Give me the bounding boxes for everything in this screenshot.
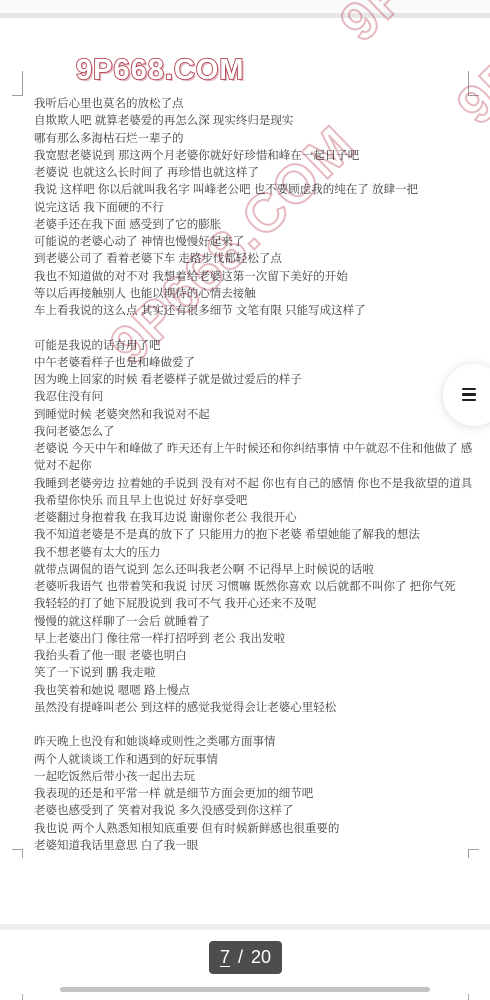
text-line: 因为晚上回家的时候 看老婆样子就是做过爱后的样子 bbox=[34, 372, 482, 389]
text-line: 我听后心里也莫名的放松了点 bbox=[34, 96, 482, 113]
text-line: 觉对不起你 bbox=[34, 458, 482, 475]
text-line: 我希望你快乐 而且早上也说过 好好享受吧 bbox=[34, 493, 482, 510]
text-line: 我也笑着和她说 嗯嗯 路上慢点 bbox=[34, 683, 482, 700]
page-separator-slash: / bbox=[238, 947, 243, 967]
text-line: 老婆说 今天中午和峰做了 昨天还有上午时候还和你纠结事情 中午就忍不住和他做了 … bbox=[34, 441, 482, 458]
text-line: 说完这话 我下面硬的不行 bbox=[34, 200, 482, 217]
text-line: 老婆知道我话里意思 白了我一眼 bbox=[34, 838, 482, 855]
text-line: 我睡到老婆旁边 拉着她的手说到 没有对不起 你也有自己的感情 你也不是我欲望的道… bbox=[34, 476, 482, 493]
text-line: 我说 这样吧 你以后就叫我名字 叫峰老公吧 也不要顾虑我的纯在了 放肆一把 bbox=[34, 182, 482, 199]
text-line: 昨天晚上也没有和她谈峰或则性之类哪方面事情 bbox=[34, 734, 482, 751]
text-line: 就带点调侃的语气说到 怎么还叫我老公啊 不记得早上时候说的话啦 bbox=[34, 562, 482, 579]
text-line: 车上看我说的这么点 其实还有很多细节 文笔有限 只能写成这样了 bbox=[34, 303, 482, 320]
text-line: 可能是我说的话有用了吧 bbox=[34, 338, 482, 355]
cropmark-top-left-v bbox=[22, 71, 23, 96]
text-line bbox=[34, 320, 482, 337]
text-line: 老婆手还在我下面 感受到了它的膨胀 bbox=[34, 217, 482, 234]
horizontal-scrollbar[interactable] bbox=[60, 987, 430, 992]
text-line: 老婆说 也就这么长时间了 再珍惜也就这样了 bbox=[34, 165, 482, 182]
current-page-number[interactable]: 7 bbox=[220, 947, 230, 967]
text-line: 我不想老婆有太大的压力 bbox=[34, 545, 482, 562]
text-line: 老婆也感受到了 笑着对我说 多久没感受到你这样了 bbox=[34, 803, 482, 820]
text-line: 笑了一下说到 鹏 我走啦 bbox=[34, 665, 482, 682]
text-line: 自欺欺人吧 就算老婆爱的再怎么深 现实终归是现实 bbox=[34, 113, 482, 130]
text-line: 可能说的老婆心动了 神情也慢慢好起来了 bbox=[34, 234, 482, 251]
text-line: 两个人就谈谈工作和遇到的好玩事情 bbox=[34, 752, 482, 769]
total-page-count: 20 bbox=[251, 947, 271, 967]
text-line: 我也不知道做的对不对 我想着给老婆这第一次留下美好的开始 bbox=[34, 269, 482, 286]
site-watermark-logo: 9P668.COM bbox=[76, 54, 256, 92]
cropmark-bottom-left-v bbox=[22, 849, 23, 858]
text-line: 我也说 两个人熟悉知根知底重要 但有时候新鲜感也很重要的 bbox=[34, 821, 482, 838]
text-line: 我宽慰老婆说到 那这两个月老婆你就好好珍惜和峰在一起日子吧 bbox=[34, 148, 482, 165]
text-line: 慢慢的就这样聊了一会后 就睡着了 bbox=[34, 614, 482, 631]
hamburger-icon bbox=[462, 388, 476, 401]
text-line: 我不知道老婆是不是真的放下了 只能用力的抱下老婆 希望她能了解我的想法 bbox=[34, 527, 482, 544]
text-line: 老婆听我语气 也带着笑和我说 讨厌 习惯嘛 既然你喜欢 以后就都不叫你了 把你气… bbox=[34, 579, 482, 596]
document-page[interactable]: 9P668.COM 9P668.COM 9P668.COM 9P668.COM … bbox=[0, 18, 490, 924]
text-line: 到睡觉时候 老婆突然和我说对不起 bbox=[34, 407, 482, 424]
text-line bbox=[34, 717, 482, 734]
text-line: 我轻轻的打了她下屁股说到 我可不气 我开心还来不及呢 bbox=[34, 596, 482, 613]
cropmark-top-left-h bbox=[12, 95, 23, 96]
text-line: 早上老婆出门 像往常一样打招呼到 老公 我出发啦 bbox=[34, 631, 482, 648]
text-line: 哪有那么多海枯石烂一辈子的 bbox=[34, 131, 482, 148]
text-lines: 我听后心里也莫名的放松了点自欺欺人吧 就算老婆爱的再怎么深 现实终归是现实哪有那… bbox=[34, 96, 482, 855]
cropmark-top-right-v bbox=[468, 71, 469, 96]
text-line: 老婆翻过身抱着我 在我耳边说 谢谢你老公 我很开心 bbox=[34, 510, 482, 527]
text-line: 我忍住没有问 bbox=[34, 389, 482, 406]
text-line: 我问老婆怎么了 bbox=[34, 424, 482, 441]
text-line: 虽然没有提峰叫老公 到这样的感觉我觉得会让老婆心里轻松 bbox=[34, 700, 482, 717]
text-line: 中午老婆看样子也是和峰做爱了 bbox=[34, 355, 482, 372]
next-page-cropmark-right bbox=[468, 994, 469, 1000]
text-line: 等以后再接触别人 也能以期待的心情去接触 bbox=[34, 286, 482, 303]
page-indicator-badge[interactable]: 7 / 20 bbox=[209, 941, 282, 974]
previous-page-edge bbox=[0, 0, 490, 13]
text-line: 我表现的还是和平常一样 就是细节方面会更加的细节吧 bbox=[34, 786, 482, 803]
text-line: 我抬头看了他一眼 老婆也明白 bbox=[34, 648, 482, 665]
next-page-cropmark-left bbox=[22, 994, 23, 1000]
text-line: 到老婆公司了 看着老婆下车 走路步伐都轻松了点 bbox=[34, 251, 482, 268]
text-line: 一起吃饭然后带小孩一起出去玩 bbox=[34, 769, 482, 786]
